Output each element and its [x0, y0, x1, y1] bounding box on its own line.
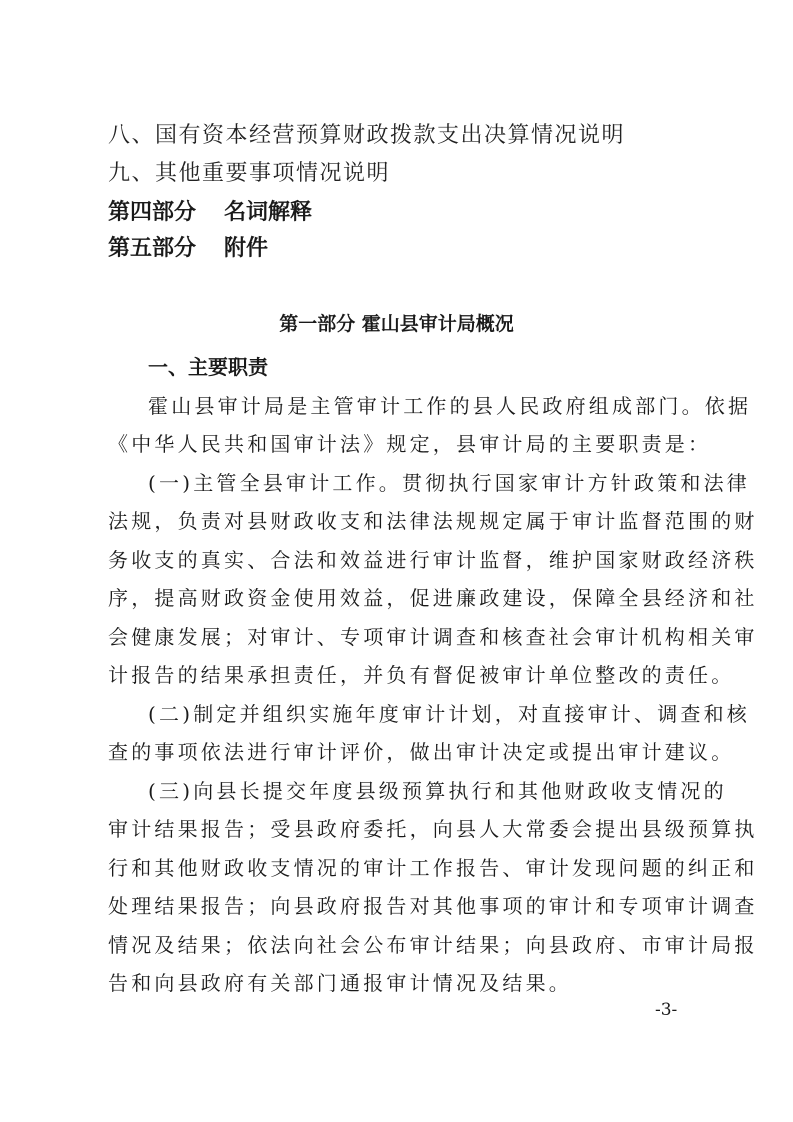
- paragraph-line: 审计结果报告；受县政府委托，向县人大常委会提出县级预算执: [108, 813, 692, 842]
- paragraph-line: 霍山县审计局是主管审计工作的县人民政府组成部门。依据: [148, 390, 732, 419]
- page-number: -3-: [655, 1000, 677, 1020]
- toc-part-title: 附件: [224, 236, 268, 261]
- toc-item-9: 九、其他重要事项情况说明: [108, 156, 390, 187]
- paragraph-line: 行和其他财政收支情况的审计工作报告、审计发现问题的纠正和: [108, 852, 692, 881]
- paragraph-line: 会健康发展；对审计、专项审计调查和核查社会审计机构相关审: [108, 621, 692, 650]
- paragraph-line: 处理结果报告；向县政府报告对其他事项的审计和专项审计调查: [108, 890, 692, 919]
- toc-item-8: 八、国有资本经营预算财政拨款支出决算情况说明: [108, 118, 625, 149]
- toc-part-4: 第四部分名词解释: [108, 195, 312, 226]
- paragraph-line: (一)主管全县审计工作。贯彻执行国家审计方针政策和法律: [148, 467, 732, 496]
- paragraph-line: 查的事项依法进行审计评价，做出审计决定或提出审计建议。: [108, 736, 692, 765]
- paragraph-line: 计报告的结果承担责任，并负有督促被审计单位整改的责任。: [108, 659, 692, 688]
- toc-part-number: 第四部分: [108, 200, 196, 225]
- paragraph-line: 务收支的真实、合法和效益进行审计监督，维护国家财政经济秩: [108, 544, 692, 573]
- toc-part-title: 名词解释: [224, 200, 312, 225]
- paragraph-line: (二)制定并组织实施年度审计计划，对直接审计、调查和核: [148, 698, 732, 727]
- part-title: 第一部分 霍山县审计局概况: [0, 309, 793, 336]
- paragraph-line: (三)向县长提交年度县级预算执行和其他财政收支情况的: [148, 775, 732, 804]
- paragraph-line: 告和向县政府有关部门通报审计情况及结果。: [108, 967, 692, 996]
- paragraph-line: 《中华人民共和国审计法》规定，县审计局的主要职责是：: [108, 428, 692, 457]
- toc-part-5: 第五部分附件: [108, 231, 268, 262]
- paragraph-line: 序，提高财政资金使用效益，促进廉政建设，保障全县经济和社: [108, 582, 692, 611]
- section-heading: 一、主要职责: [148, 351, 268, 380]
- paragraph-line: 情况及结果；依法向社会公布审计结果；向县政府、市审计局报: [108, 929, 692, 958]
- paragraph-line: 法规，负责对县财政收支和法律法规规定属于审计监督范围的财: [108, 505, 692, 534]
- toc-part-number: 第五部分: [108, 236, 196, 261]
